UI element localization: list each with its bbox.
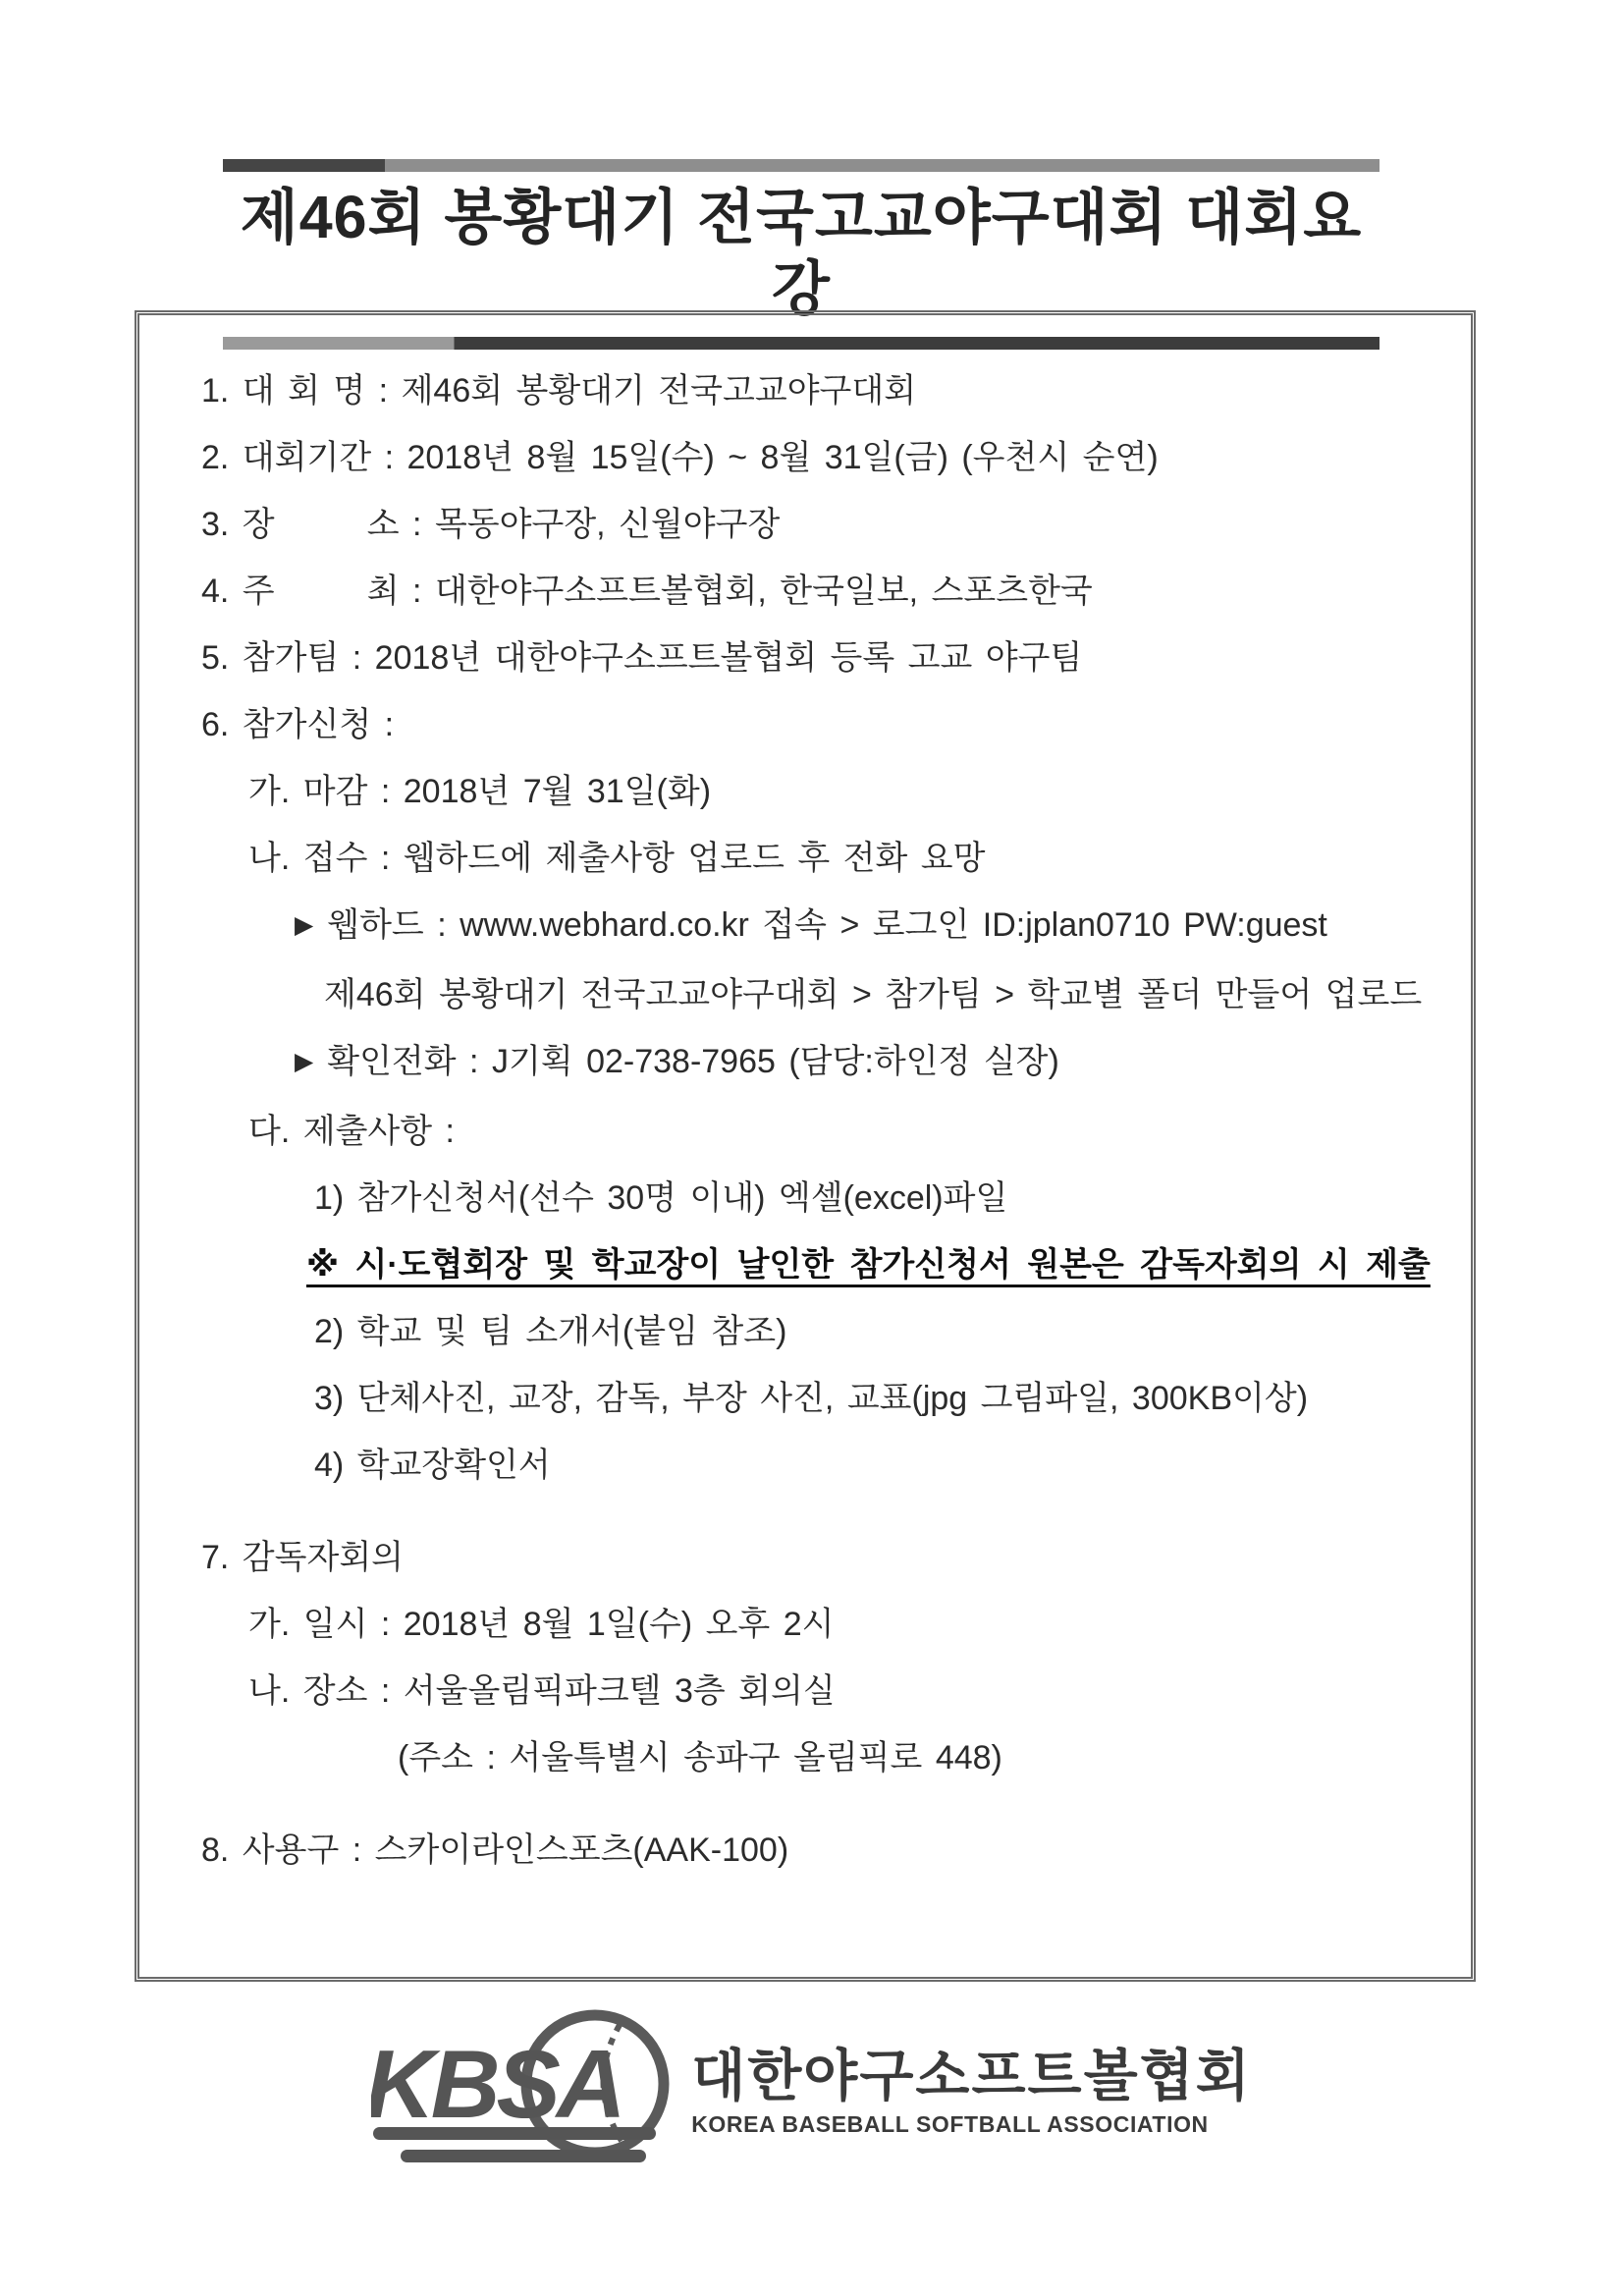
doc-line-venue: 3. 장 소 : 목동야구장, 신월야구장 bbox=[201, 506, 1435, 543]
doc-line-official-ball: 8. 사용구 : 스카이라인스포츠(AAK-100) bbox=[201, 1831, 1435, 1869]
doc-line-confirm-phone: ▶확인전화 : J기획 02-738-7965 (담당:하인정 실장) bbox=[295, 1043, 1435, 1083]
doc-line-submissions: 다. 제출사항 : bbox=[248, 1113, 1435, 1150]
doc-line-meeting-address: (주소 : 서울특별시 송파구 올림픽로 448) bbox=[398, 1739, 1435, 1777]
document-page: 제46회 봉황대기 전국고교야구대회 대회요강 1. 대 회 명 : 제46회 … bbox=[0, 0, 1623, 2296]
doc-line-meeting-datetime: 가. 일시 : 2018년 8월 1일(수) 오후 2시 bbox=[248, 1606, 1435, 1643]
doc-line-submission-4: 4) 학교장확인서 bbox=[314, 1447, 1435, 1484]
doc-line-submission-2: 2) 학교 및 팀 소개서(붙임 참조) bbox=[314, 1313, 1435, 1350]
doc-line-reception: 나. 접수 : 웹하드에 제출사항 업로드 후 전화 요망 bbox=[248, 840, 1435, 877]
org-name-block: 대한야구소프트볼협회 KOREA BASEBALL SOFTBALL ASSOC… bbox=[691, 2046, 1252, 2139]
doc-line-application: 6. 참가신청 : bbox=[201, 706, 1435, 743]
doc-line-deadline: 가. 마감 : 2018년 7월 31일(화) bbox=[248, 773, 1435, 810]
kbsa-acronym: KBSA bbox=[371, 2030, 622, 2138]
footer-logo-block: KBSA 대한야구소프트볼협회 KOREA BASEBALL SOFTBALL … bbox=[0, 2003, 1623, 2180]
kbsa-baseball-logo-icon: KBSA bbox=[371, 2003, 677, 2180]
doc-line-text: 확인전화 : J기획 02-738-7965 (담당:하인정 실장) bbox=[327, 1043, 1059, 1080]
org-name-korean: 대한야구소프트볼협회 bbox=[691, 2046, 1252, 2107]
doc-line-teams: 5. 참가팀 : 2018년 대한야구소프트볼협회 등록 고교 야구팀 bbox=[201, 639, 1435, 677]
org-name-english: KOREA BASEBALL SOFTBALL ASSOCIATION bbox=[691, 2111, 1252, 2138]
content-box: 1. 대 회 명 : 제46회 봉황대기 전국고교야구대회 2. 대회기간 : … bbox=[135, 310, 1476, 1982]
doc-line-tournament-name: 1. 대 회 명 : 제46회 봉황대기 전국고교야구대회 bbox=[201, 372, 1435, 410]
doc-line-period: 2. 대회기간 : 2018년 8월 15일(수) ~ 8월 31일(금) (우… bbox=[201, 439, 1435, 476]
doc-line-webhard: ▶웹하드 : www.webhard.co.kr 접속 > 로그인 ID:jpl… bbox=[295, 906, 1435, 947]
arrow-bullet-icon: ▶ bbox=[295, 906, 313, 944]
title-top-rule bbox=[223, 159, 1380, 172]
arrow-bullet-icon: ▶ bbox=[295, 1043, 313, 1080]
doc-line-submission-3: 3) 단체사진, 교장, 감독, 부장 사진, 교표(jpg 그림파일, 300… bbox=[314, 1380, 1435, 1417]
doc-line-note-original: ※ 시·도협회장 및 학교장이 날인한 참가신청서 원본은 감독자회의 시 제출 bbox=[306, 1246, 1435, 1284]
doc-line-meeting-place: 나. 장소 : 서울올림픽파크텔 3층 회의실 bbox=[248, 1672, 1435, 1710]
doc-line-managers-meeting: 7. 감독자회의 bbox=[201, 1539, 1435, 1576]
doc-line-webhard-path: 제46회 봉황대기 전국고교야구대회 > 참가팀 > 학교별 폴더 만들어 업로… bbox=[324, 976, 1435, 1013]
doc-line-text: 웹하드 : www.webhard.co.kr 접속 > 로그인 ID:jpla… bbox=[327, 906, 1327, 944]
doc-line-submission-1: 1) 참가신청서(선수 30명 이내) 엑셀(excel)파일 bbox=[314, 1179, 1435, 1217]
doc-line-host: 4. 주 최 : 대한야구소프트볼협회, 한국일보, 스포츠한국 bbox=[201, 573, 1435, 610]
